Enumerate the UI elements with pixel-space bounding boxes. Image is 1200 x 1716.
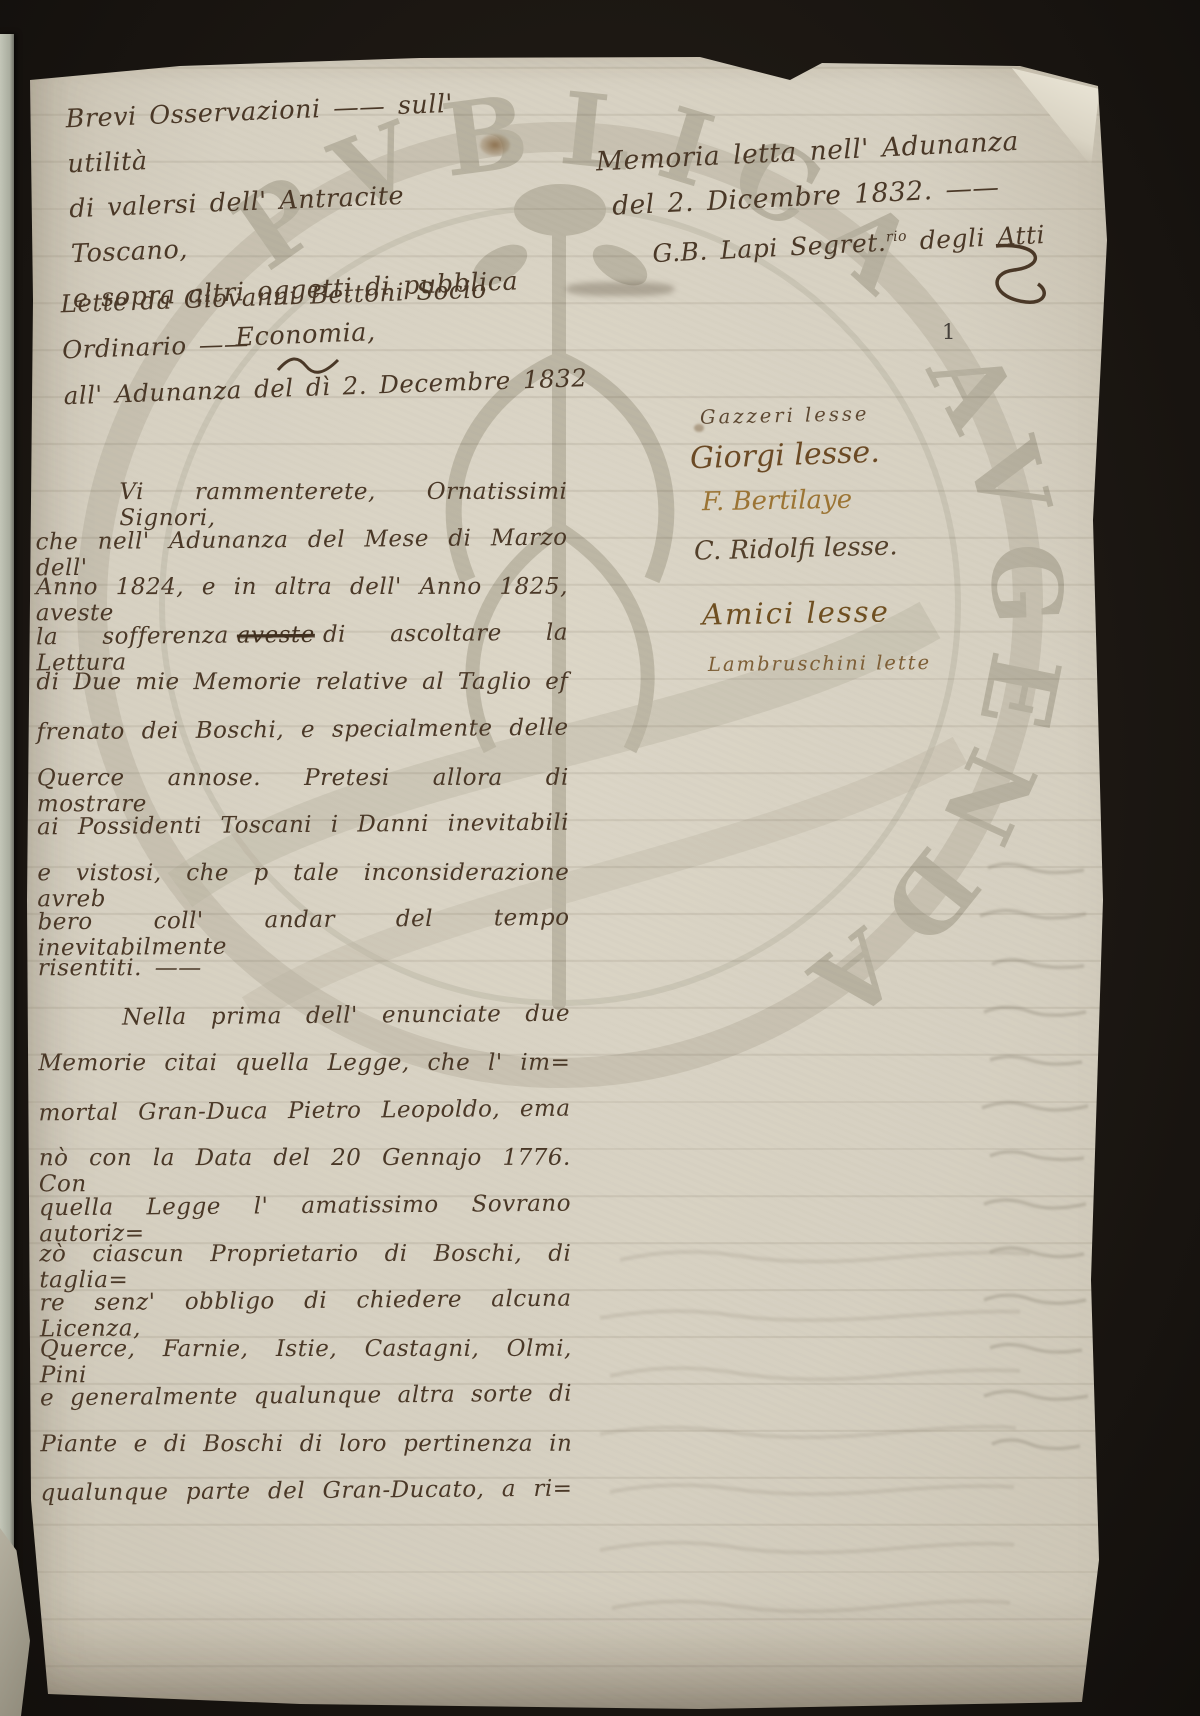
body-line: Piante e di Boschi di loro pertinenza in	[40, 1431, 572, 1479]
body-line-segment: la sofferenza	[36, 622, 229, 650]
reader-signature: Amici lesse	[702, 594, 890, 631]
body-line: che nell' Adunanza del Mese di Marzo del…	[35, 524, 567, 576]
manuscript-photo: PVBLICAE AVGENDAE	[0, 0, 1200, 1716]
body-line: frenato dei Boschi, e specialmente delle	[36, 715, 568, 767]
reader-signature: F. Bertilaye	[702, 485, 853, 518]
body-line: zò ciascun Proprietario di Boschi, di ta…	[39, 1240, 571, 1288]
underlying-page-corner	[0, 1528, 30, 1716]
body-line: risentiti. ——	[38, 955, 570, 1003]
secretary-superscript: rio	[886, 228, 908, 245]
body-line: Memorie citai quella Legge, che l' im=	[38, 1050, 570, 1098]
manuscript-page: PVBLICAE AVGENDAE	[0, 0, 1200, 1716]
body-line: la sofferenzaavestedi ascoltare la Lettu…	[36, 619, 568, 671]
body-line: Anno 1824, e in altra dell' Anno 1825, a…	[36, 574, 568, 622]
body-line: Querce, Farnie, Istie, Castagni, Olmi, P…	[40, 1335, 572, 1383]
reader-signature: C. Ridolfi lesse.	[694, 531, 898, 566]
struck-word: aveste	[237, 622, 315, 649]
body-line: qualunque parte del Gran-Ducato, a ri=	[40, 1476, 572, 1528]
body-line: Vi rammenterete, Ornatissimi Signori,	[35, 479, 567, 527]
body-line: e vistosi, che p tale inconsiderazione a…	[37, 860, 569, 908]
body-line: di Due mie Memorie relative al Taglio ef	[36, 669, 568, 717]
page-number: 1	[942, 320, 955, 344]
body-text: Vi rammenterete, Ornatissimi Signori, ch…	[35, 478, 572, 1528]
body-line: e generalmente qualunque altra sorte di	[40, 1381, 572, 1433]
body-line: bero coll' andar del tempo inevitabilmen…	[37, 905, 569, 957]
reader-signature: Giorgi lesse.	[689, 435, 880, 477]
body-line: mortal Gran-Duca Pietro Leopoldo, ema	[38, 1095, 570, 1147]
reader-signature: Gazzeri lesse	[700, 402, 870, 429]
body-line: quella Legge l' amatissimo Sovrano autor…	[39, 1191, 571, 1243]
body-line: Nella prima dell' enunciate due	[38, 1000, 570, 1052]
title-squiggle-flourish-icon	[276, 352, 340, 378]
body-line: ai Possidenti Toscani i Danni inevitabil…	[37, 810, 569, 862]
body-line: nò con la Data del 20 Gennajo 1776. Con	[39, 1145, 571, 1193]
reader-signature: Lambruschini lette	[708, 651, 931, 676]
body-line: Querce annose. Pretesi allora di mostrar…	[37, 764, 569, 812]
presentation-note: Lette da Giovanni Bettoni Socio Ordinari…	[60, 263, 598, 420]
secretary-flourish-icon	[986, 240, 1056, 312]
body-line: re senz' obbligo di chiedere alcuna Lice…	[39, 1286, 571, 1338]
binding-page-edge	[0, 34, 14, 1716]
secretary-name: G.B. Lapi Segret.	[652, 228, 887, 268]
